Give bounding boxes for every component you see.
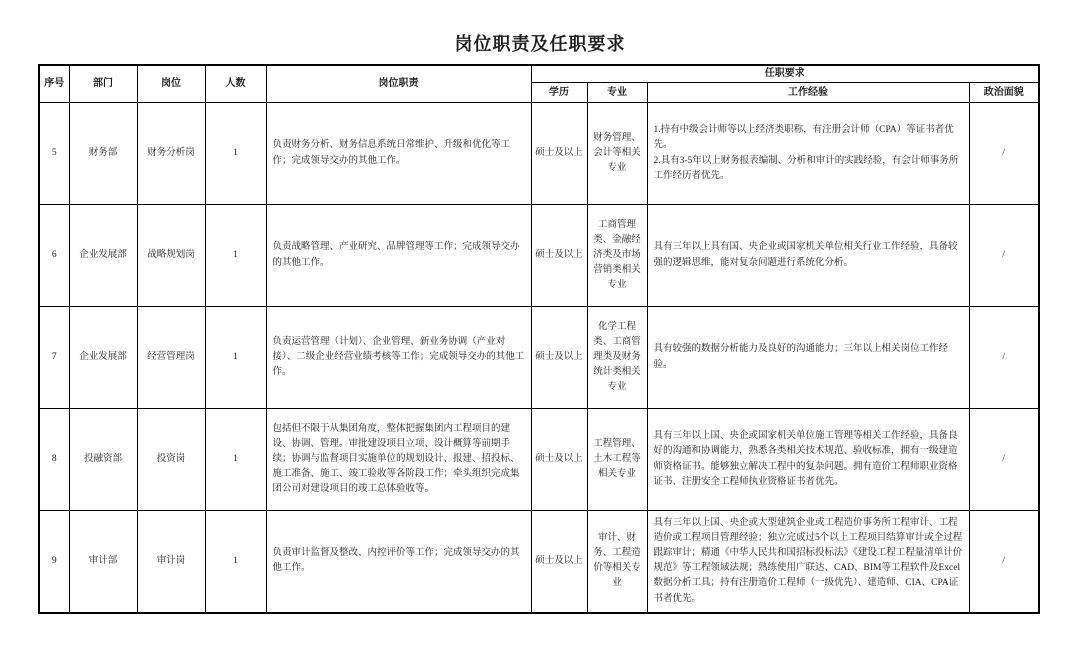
header-requirements-group: 任职要求 (531, 65, 1039, 83)
cell-experience: 具有较强的数据分析能力及良好的沟通能力；三年以上相关岗位工作经验。 (647, 307, 969, 409)
header-experience: 工作经验 (647, 83, 969, 103)
header-education: 学历 (531, 83, 587, 103)
cell-major: 财务管理、会计等相关专业 (587, 103, 647, 205)
cell-duties: 负责战略管理、产业研究、品牌管理等工作；完成领导交办的其他工作。 (266, 205, 531, 307)
cell-political-status: / (969, 307, 1039, 409)
table-row: 8 投融资部 投资岗 1 包括但不限于从集团角度，整体把握集团内工程项目的建设、… (39, 409, 1039, 511)
cell-duties: 负责审计监督及整改、内控评价等工作；完成领导交办的其他工作。 (266, 511, 531, 613)
table-row: 6 企业发展部 战略规划岗 1 负责战略管理、产业研究、品牌管理等工作；完成领导… (39, 205, 1039, 307)
cell-department: 审计部 (69, 511, 137, 613)
cell-experience: 1.持有中级会计师等以上经济类职称，有注册会计师（CPA）等证书者优先。 2.具… (647, 103, 969, 205)
cell-duties: 负责财务分析、财务信息系统日常维护、升级和优化等工作；完成领导交办的其他工作。 (266, 103, 531, 205)
table-row: 5 财务部 财务分析岗 1 负责财务分析、财务信息系统日常维护、升级和优化等工作… (39, 103, 1039, 205)
header-row-group: 序号 部门 岗位 人数 岗位职责 任职要求 (39, 65, 1039, 83)
cell-education: 硕士及以上 (531, 409, 587, 511)
cell-major: 工程管理、土木工程等相关专业 (587, 409, 647, 511)
cell-political-status: / (969, 103, 1039, 205)
table-row: 9 审计部 审计岗 1 负责审计监督及整改、内控评价等工作；完成领导交办的其他工… (39, 511, 1039, 613)
cell-headcount: 1 (205, 511, 266, 613)
cell-department: 企业发展部 (69, 205, 137, 307)
cell-experience: 具有三年以上国、央企或大型建筑企业或工程造价事务所工程审计、工程造价或工程项目管… (647, 511, 969, 613)
page-title: 岗位职责及任职要求 (0, 30, 1080, 56)
cell-position: 审计岗 (137, 511, 205, 613)
header-duties: 岗位职责 (266, 65, 531, 103)
cell-experience: 具有三年以上国、央企或国家机关单位施工管理等相关工作经验，具备良好的沟通和协调能… (647, 409, 969, 511)
cell-headcount: 1 (205, 205, 266, 307)
cell-headcount: 1 (205, 409, 266, 511)
cell-political-status: / (969, 511, 1039, 613)
cell-department: 企业发展部 (69, 307, 137, 409)
header-seq: 序号 (39, 65, 69, 103)
cell-seq: 8 (39, 409, 69, 511)
cell-major: 化学工程类、工商管理类及财务统计类相关专业 (587, 307, 647, 409)
cell-education: 硕士及以上 (531, 307, 587, 409)
cell-experience: 具有三年以上具有国、央企业或国家机关单位相关行业工作经验，具备较强的逻辑思维，能… (647, 205, 969, 307)
header-headcount: 人数 (205, 65, 266, 103)
cell-education: 硕士及以上 (531, 511, 587, 613)
cell-seq: 7 (39, 307, 69, 409)
cell-education: 硕士及以上 (531, 103, 587, 205)
cell-seq: 5 (39, 103, 69, 205)
cell-position: 经营管理岗 (137, 307, 205, 409)
cell-department: 投融资部 (69, 409, 137, 511)
cell-headcount: 1 (205, 103, 266, 205)
header-department: 部门 (69, 65, 137, 103)
cell-major: 审计、财务、工程造价等相关专业 (587, 511, 647, 613)
header-position: 岗位 (137, 65, 205, 103)
cell-duties: 包括但不限于从集团角度，整体把握集团内工程项目的建设、协调、管理。审批建设项目立… (266, 409, 531, 511)
header-major: 专业 (587, 83, 647, 103)
cell-headcount: 1 (205, 307, 266, 409)
header-political-status: 政治面貌 (969, 83, 1039, 103)
table-row: 7 企业发展部 经营管理岗 1 负责运营管理（计划）、企业管理、新业务协调（产业… (39, 307, 1039, 409)
cell-seq: 9 (39, 511, 69, 613)
cell-position: 战略规划岗 (137, 205, 205, 307)
cell-political-status: / (969, 409, 1039, 511)
job-requirements-table: 序号 部门 岗位 人数 岗位职责 任职要求 学历 专业 工作经验 政治面貌 5 … (38, 64, 1040, 614)
cell-political-status: / (969, 205, 1039, 307)
cell-department: 财务部 (69, 103, 137, 205)
cell-education: 硕士及以上 (531, 205, 587, 307)
cell-major: 工商管理类、金融经济类及市场营销类相关专业 (587, 205, 647, 307)
cell-position: 财务分析岗 (137, 103, 205, 205)
cell-position: 投资岗 (137, 409, 205, 511)
document-page: 岗位职责及任职要求 序号 部门 岗位 人数 岗位职责 任职要求 学历 (0, 0, 1080, 650)
cell-duties: 负责运营管理（计划）、企业管理、新业务协调（产业对接）、二级企业经营业绩考核等工… (266, 307, 531, 409)
cell-seq: 6 (39, 205, 69, 307)
